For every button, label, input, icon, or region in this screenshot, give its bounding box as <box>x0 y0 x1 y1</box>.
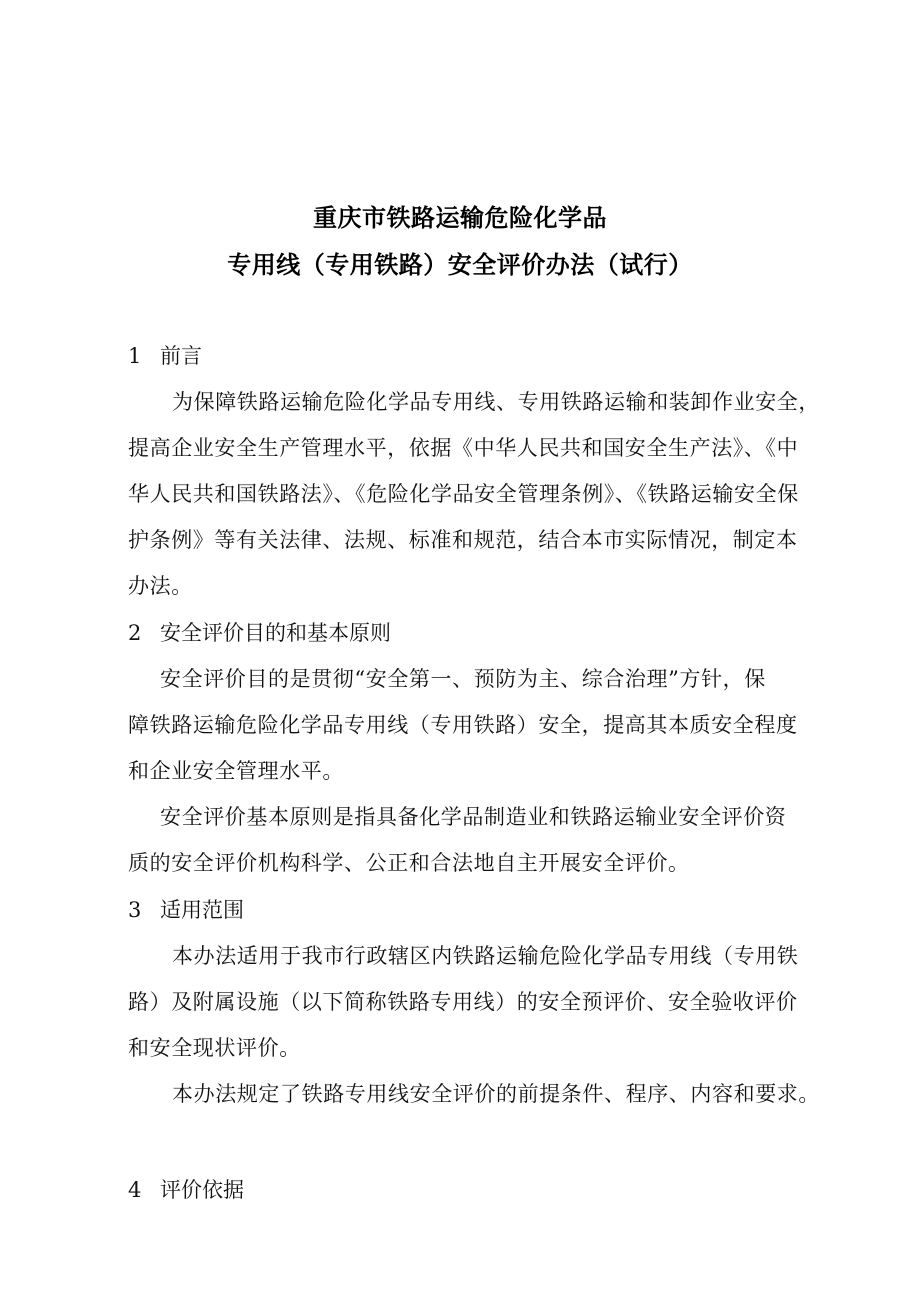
paragraph-line: 障铁路运输危险化学品专用线（专用铁路）安全，提高其本质安全程度 <box>128 711 798 739</box>
section-2-heading: 2安全评价目的和基本原则 <box>128 619 391 647</box>
paragraph-line: 安全评价目的是贯彻“安全第一、预防为主、综合治理”方针，保 <box>160 665 766 693</box>
paragraph-line: 护条例》等有关法律、法规、标准和规范，结合本市实际情况，制定本 <box>128 526 798 554</box>
section-3-heading: 3适用范围 <box>128 896 244 924</box>
paragraph-line: 和安全现状评价。 <box>128 1034 301 1062</box>
section-1-heading: 1前言 <box>128 342 202 370</box>
section-title: 前言 <box>160 344 202 368</box>
section-4-heading: 4评价依据 <box>128 1176 244 1204</box>
document-title-line-1: 重庆市铁路运输危险化学品 <box>0 198 920 233</box>
document-title-line-2: 专用线（专用铁路）安全评价办法（试行） <box>0 245 920 280</box>
section-number: 4 <box>128 1176 160 1204</box>
paragraph-line: 华人民共和国铁路法》、《危险化学品安全管理条例》、《铁路运输安全保 <box>128 480 799 508</box>
section-number: 1 <box>128 342 160 370</box>
section-title: 评价依据 <box>160 1178 244 1202</box>
paragraph-line: 质的安全评价机构科学、公正和合法地自主开展安全评价。 <box>128 849 690 877</box>
section-number: 2 <box>128 619 160 647</box>
paragraph-line: 办法。 <box>128 572 193 600</box>
paragraph-line: 安全评价基本原则是指具备化学品制造业和铁路运输业安全评价资 <box>160 803 786 831</box>
section-title: 安全评价目的和基本原则 <box>160 621 391 645</box>
paragraph-line: 提高企业安全生产管理水平，依据《中华人民共和国安全生产法》、《中 <box>128 434 798 462</box>
paragraph-line: 本办法适用于我市行政辖区内铁路运输危险化学品专用线（专用铁 <box>172 942 798 970</box>
document-page: 重庆市铁路运输危险化学品 专用线（专用铁路）安全评价办法（试行） 1前言 为保障… <box>0 0 920 1302</box>
paragraph-line: 和企业安全管理水平。 <box>128 757 344 785</box>
paragraph-line: 为保障铁路运输危险化学品专用线、专用铁路运输和装卸作业安全， <box>172 388 820 416</box>
section-number: 3 <box>128 896 160 924</box>
paragraph-line: 路）及附属设施（以下简称铁路专用线）的安全预评价、安全验收评价 <box>128 988 798 1016</box>
paragraph-line: 本办法规定了铁路专用线安全评价的前提条件、程序、内容和要求。 <box>172 1080 820 1108</box>
section-title: 适用范围 <box>160 898 244 922</box>
